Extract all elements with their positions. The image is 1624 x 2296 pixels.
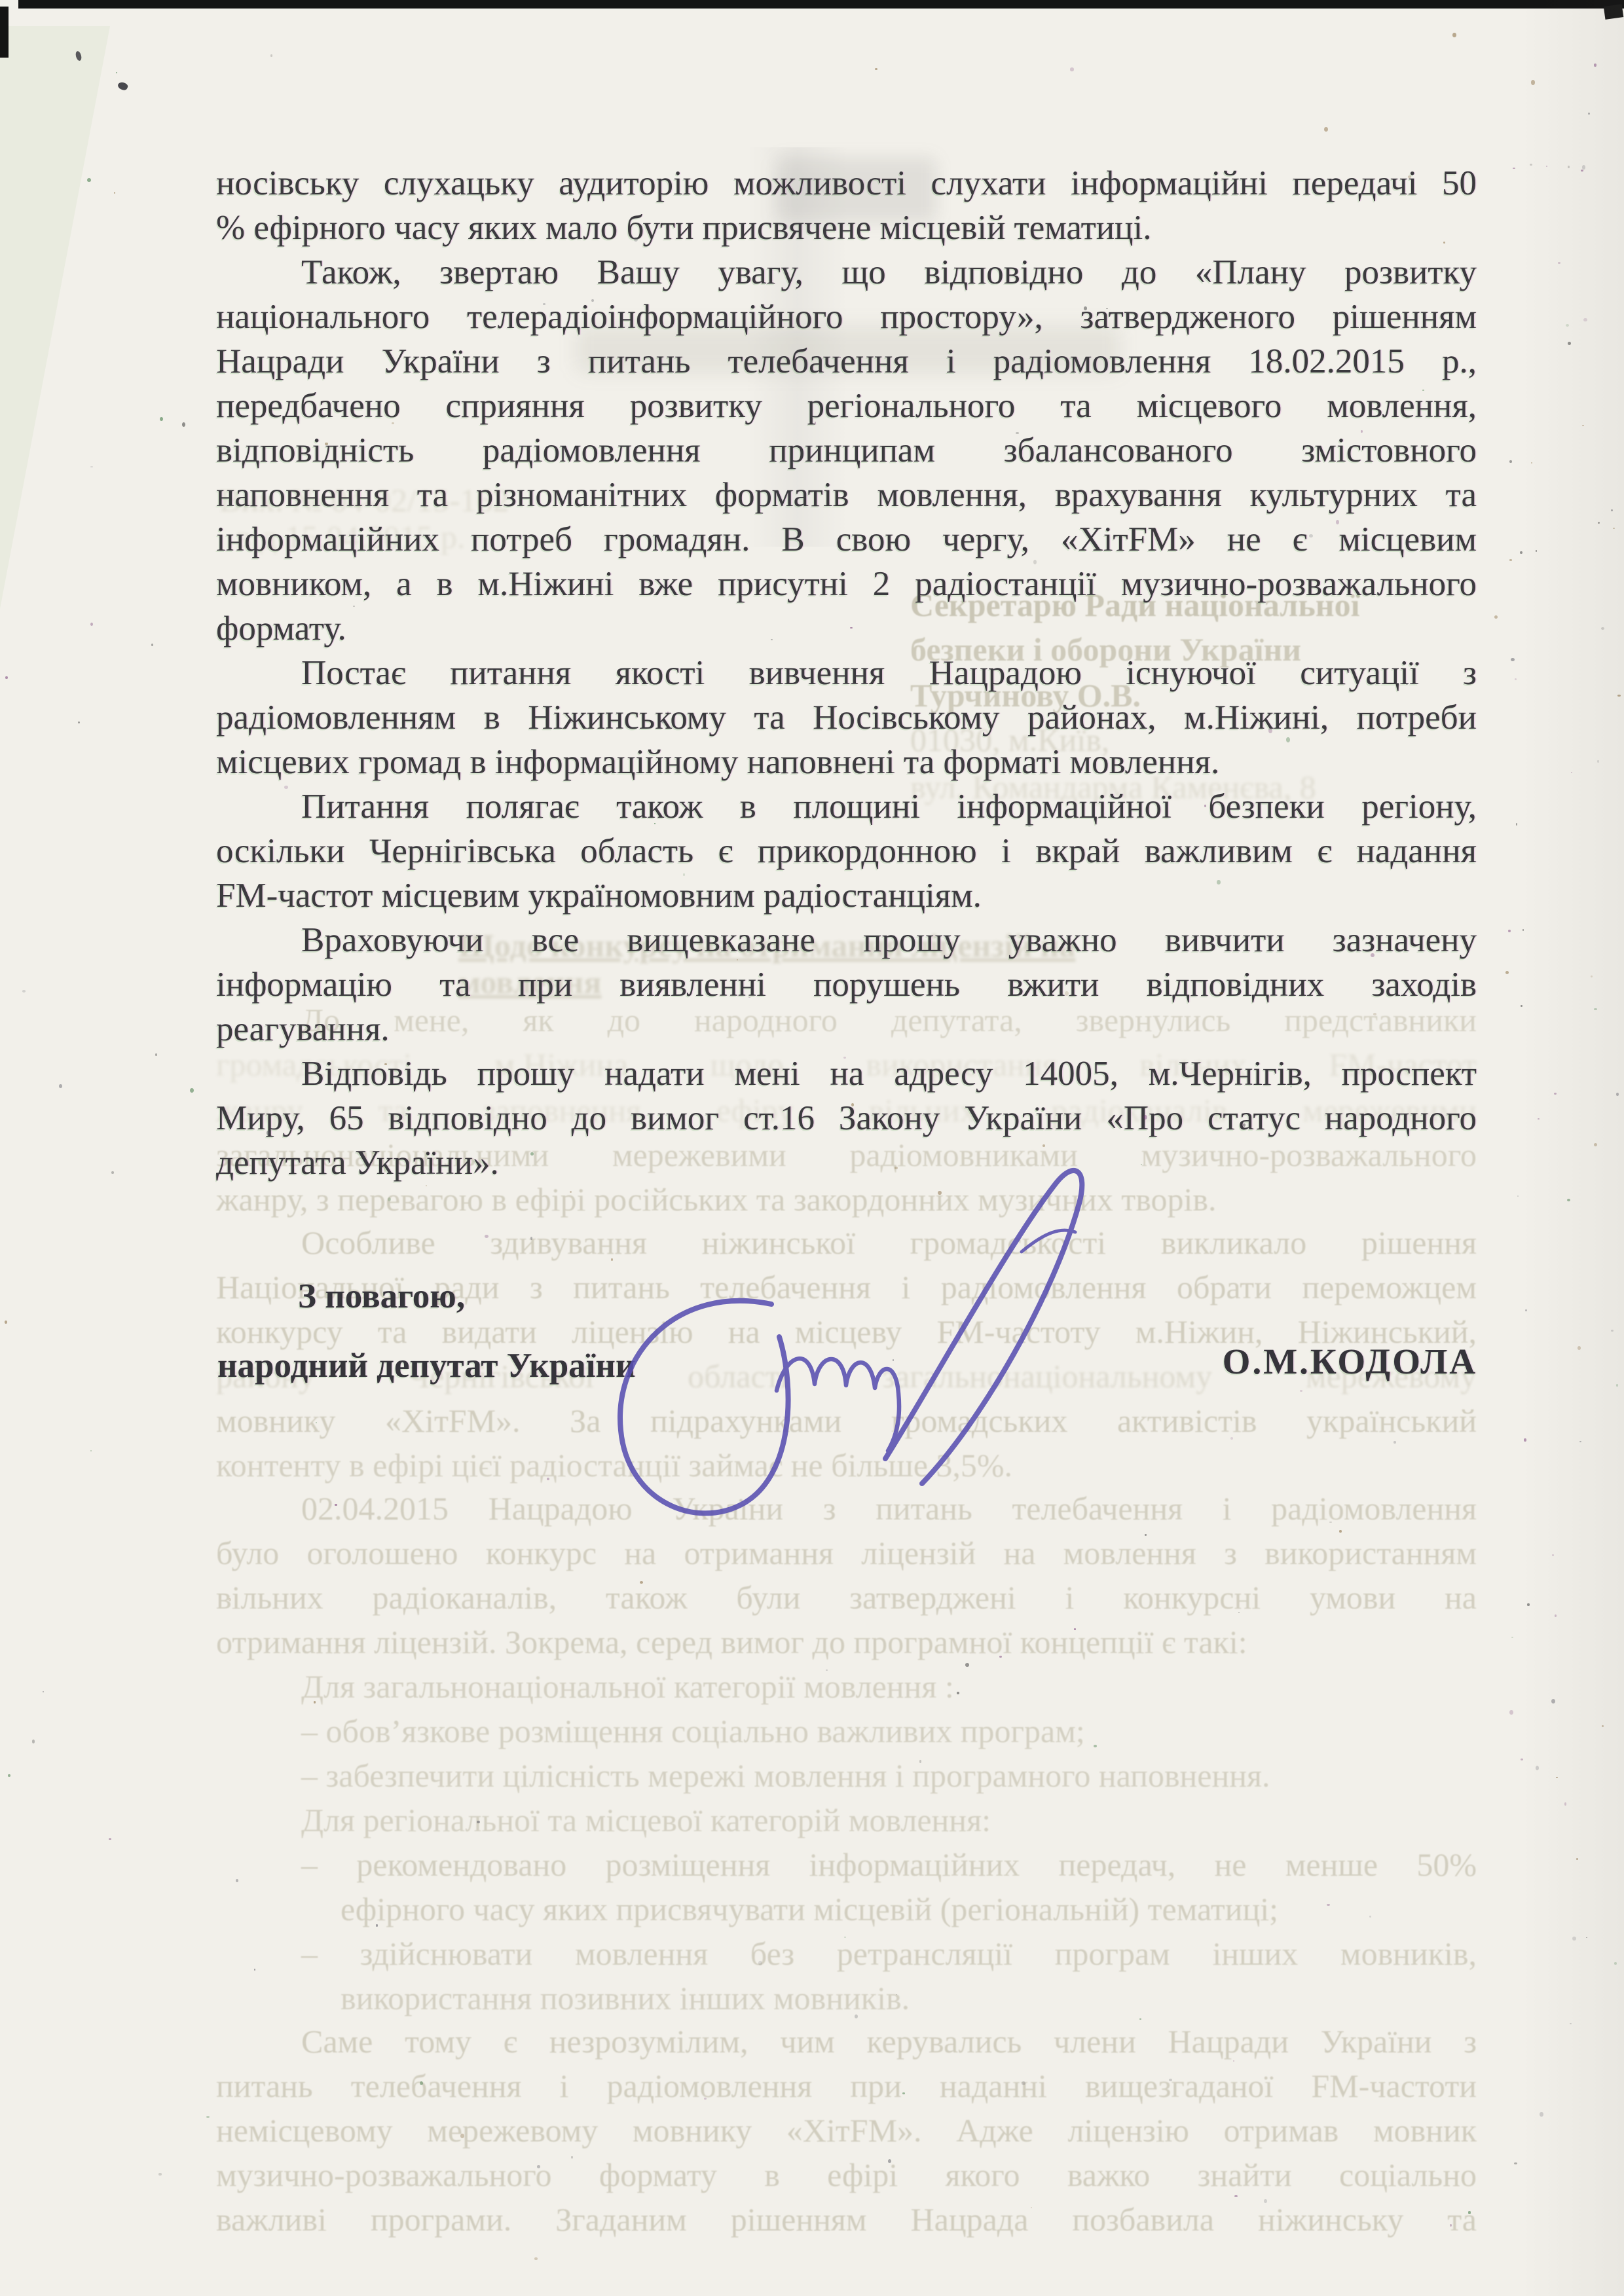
dust-speck (1509, 559, 1511, 562)
dust-speck (815, 422, 817, 424)
dust-speck (295, 634, 297, 636)
body-line: інформаційних потреб громадян. В свою че… (216, 520, 1477, 559)
dust-speck (1513, 168, 1515, 169)
bleed-through-line: Саме тому є незрозумілим, чим керувались… (301, 2023, 1477, 2060)
body-line: інформацію та при виявленні порушень вжи… (216, 965, 1477, 1004)
dust-speck (78, 721, 80, 723)
dust-speck (1509, 460, 1511, 463)
dust-speck (1290, 1085, 1292, 1088)
dust-speck (236, 1879, 238, 1882)
bleed-through-line: ефірного часу яких присвячувати місцевій… (341, 1891, 1477, 1927)
dust-speck (1022, 2081, 1025, 2085)
dust-speck (111, 1171, 114, 1174)
signer-name: О.М.КОДОЛА (1179, 1341, 1477, 1382)
dust-speck (1566, 324, 1569, 327)
dust-speck (784, 847, 786, 848)
bleed-through-line: Особливе здивування ніжинської громадськ… (301, 1224, 1477, 1261)
dust-speck (1422, 390, 1424, 391)
bleed-through-line: Для регіональної та місцевої категорій м… (301, 1802, 1218, 1838)
bleed-through-line: Для загальнонаціональної категорії мовле… (301, 1668, 1218, 1705)
dust-speck (999, 1656, 1002, 1658)
dust-speck (411, 1128, 415, 1131)
dust-speck (1505, 971, 1509, 974)
dust-speck (1309, 534, 1312, 538)
bleed-through-line: контенту в ефірі цієї радіостанції займа… (216, 1447, 1139, 1484)
dust-speck (895, 1167, 897, 1170)
body-line: Відповідь прошу надати мені на адресу 14… (216, 1054, 1477, 1093)
body-line: депутата України». (216, 1143, 1477, 1182)
dust-speck (1617, 695, 1621, 697)
bleed-through-line: музично-розважального формату в ефірі як… (216, 2157, 1477, 2193)
dust-speck (206, 2116, 210, 2118)
dust-speck (919, 1760, 921, 1762)
bleed-through-line: жанру, з перевагою в ефірі російських та… (216, 1181, 1329, 1218)
bleed-through-line: – обов’язкове розміщення соціально важли… (301, 1713, 1283, 1749)
dust-speck (1525, 1309, 1526, 1311)
bleed-through-line: – забезпечити цілісність мережі мовлення… (301, 1757, 1477, 1794)
dust-speck (1568, 342, 1571, 345)
dust-speck (683, 873, 685, 876)
body-line: національного телерадіоінформаційного пр… (216, 297, 1477, 337)
bleed-through-line: немісцевому мережевому мовнику «ХітFM». … (216, 2112, 1477, 2149)
dust-speck (1329, 1522, 1332, 1523)
body-line: Питання полягає також в площині інформац… (216, 787, 1477, 826)
dust-speck (1408, 175, 1411, 178)
dust-speck (5, 676, 8, 679)
dust-speck (1524, 1438, 1527, 1442)
dust-speck (160, 417, 163, 421)
dust-speck (190, 1088, 194, 1093)
dust-speck (1556, 1777, 1558, 1778)
dust-speck (1520, 551, 1522, 554)
dust-speck (1536, 1766, 1539, 1770)
dust-speck (87, 178, 91, 182)
dust-speck (1511, 1637, 1513, 1638)
dust-speck (1514, 2162, 1517, 2164)
body-line: мовником, а в м.Ніжині вже присутні 2 ра… (216, 564, 1477, 604)
bleed-through-line: мовнику «ХітFM». За підрахунками громадс… (216, 1402, 1477, 1439)
dust-speck (1204, 805, 1207, 807)
dust-speck (1369, 1916, 1372, 1918)
dust-speck (1578, 1346, 1581, 1350)
dust-speck (1576, 1858, 1578, 1860)
bleed-through-line: 02.04.2015 Нацрадою України з питань тел… (301, 1490, 1477, 1527)
bleed-through-line: вільних радіоканалів, також були затверд… (216, 1579, 1477, 1616)
signer-role: народний депутат України (217, 1346, 635, 1385)
dust-speck (1509, 1710, 1513, 1715)
scanner-background-wedge (0, 26, 118, 609)
dust-speck (1106, 308, 1108, 310)
dust-speck (1522, 929, 1524, 930)
dust-speck (22, 990, 26, 993)
dust-speck (270, 54, 272, 56)
dust-speck (325, 443, 328, 446)
body-line: оскільки Чернігівська область є прикордо… (216, 831, 1477, 871)
body-line: наповнення та різноманітних форматів мов… (216, 475, 1477, 515)
dust-speck (1517, 1195, 1519, 1197)
dust-speck (460, 2134, 464, 2138)
dust-speck (1371, 953, 1375, 957)
dust-speck (1217, 880, 1221, 884)
body-line: передбачено сприяння розвитку регіональн… (216, 386, 1477, 426)
dust-speck (5, 1321, 7, 1324)
dust-speck (1594, 1008, 1596, 1011)
dust-speck (1601, 627, 1604, 630)
dust-speck (1233, 2060, 1235, 2062)
dust-speck (109, 1838, 111, 1840)
bleed-through-line: – здійснювати мовлення без ретрансляції … (301, 1935, 1477, 1972)
dust-speck (1406, 683, 1407, 685)
dust-speck (1521, 1758, 1523, 1760)
dust-speck (114, 192, 115, 194)
dust-speck (1468, 2211, 1470, 2214)
dust-speck (1540, 2112, 1543, 2117)
dust-speck (485, 1235, 489, 1238)
dust-speck (1452, 33, 1456, 37)
body-line: формату. (216, 609, 1477, 648)
scan-artifact-ink-blob (117, 81, 128, 91)
dust-speck (90, 623, 93, 626)
dust-speck (1531, 462, 1533, 464)
dust-speck (634, 237, 638, 241)
dust-speck (1598, 522, 1600, 524)
dust-speck (896, 1994, 897, 1995)
dust-speck (758, 1961, 762, 1965)
dust-speck (90, 466, 92, 467)
dust-speck (284, 786, 288, 788)
dust-speck (1070, 67, 1073, 71)
body-line: Враховуючи все вищевказане прошу уважно … (216, 920, 1477, 960)
body-line: Миру, 65 відповідно до вимог ст.16 Закон… (216, 1099, 1477, 1138)
dust-speck (965, 1663, 969, 1666)
dust-speck (1139, 2018, 1141, 2020)
dust-speck (1268, 728, 1272, 733)
dust-speck (1570, 2023, 1572, 2025)
dust-speck (229, 1598, 231, 1601)
dust-speck (1583, 318, 1587, 321)
dust-speck (1307, 667, 1308, 669)
dust-speck (640, 1581, 643, 1584)
body-line: Також, звертаю Вашу увагу, що відповідно… (216, 253, 1477, 292)
dust-speck (1027, 823, 1031, 827)
dust-speck (43, 1691, 44, 1692)
dust-speck (534, 2257, 538, 2260)
dust-speck (1450, 2224, 1452, 2227)
body-line: місцевих громад в інформаційному наповне… (216, 742, 1477, 782)
body-line: реагування. (216, 1010, 1477, 1049)
dust-speck (1230, 1437, 1233, 1440)
dust-speck (1508, 930, 1511, 932)
bleed-through-line: важливі програми. Згаданим рішенням Нацр… (216, 2201, 1477, 2238)
dust-speck (353, 606, 356, 608)
dust-speck (1594, 64, 1596, 66)
dust-speck (547, 1478, 549, 1480)
dust-speck (1511, 658, 1515, 661)
body-line: радіомовленням в Ніжинському та Носівськ… (216, 698, 1477, 737)
dust-speck (59, 1084, 62, 1087)
closing-salutation: З повагою, (298, 1277, 465, 1316)
dust-speck (704, 2098, 707, 2100)
bleed-through-line: – рекомендовано розміщення інформаційних… (301, 1846, 1477, 1883)
dust-speck (543, 303, 545, 305)
dust-speck (1611, 1330, 1614, 1332)
dust-speck (1219, 992, 1223, 994)
scan-artifact-left-sliver (0, 7, 9, 58)
dust-speck (254, 1969, 255, 1971)
dust-speck (1324, 127, 1327, 132)
bleed-through-line: отримання ліцензій. Зокрема, серед вимог… (216, 1624, 1477, 1660)
dust-speck (1515, 678, 1517, 680)
dust-speck (158, 2173, 161, 2176)
dust-speck (1494, 615, 1498, 619)
dust-speck (1530, 164, 1532, 166)
dust-speck (957, 1692, 959, 1694)
bleed-through-line: використання позивних інших мовників. (341, 1980, 1126, 2016)
dust-speck (1286, 737, 1290, 742)
dust-speck (1582, 165, 1585, 169)
dust-speck (1443, 242, 1445, 244)
body-line: Нацради України з питань телебачення і р… (216, 342, 1477, 381)
dust-speck (875, 68, 877, 70)
body-line: носівську слухацьку аудиторію можливості… (216, 164, 1477, 203)
dust-speck (8, 1774, 10, 1776)
dust-speck (376, 1924, 378, 1926)
dust-speck (151, 644, 154, 646)
dust-speck (1031, 2207, 1032, 2208)
dust-speck (335, 1504, 337, 1505)
dust-speck (90, 1450, 92, 1451)
dust-speck (392, 422, 394, 424)
dust-speck (1084, 306, 1087, 310)
body-line: Постає питання якості вивчення Нацрадою … (216, 653, 1477, 693)
body-line: % ефірного часу яких мало бути присвячен… (216, 208, 1477, 247)
scan-artifact-top-strip (18, 0, 1624, 9)
dust-speck (1094, 1745, 1097, 1747)
bleed-through-line: питань телебачення і радіомовлення при н… (216, 2068, 1477, 2104)
dust-speck (182, 422, 185, 427)
dust-speck (32, 1740, 35, 1743)
bleed-through-line: було оголошено конкурс на отримання ліце… (216, 1535, 1477, 1571)
dust-speck (1558, 262, 1560, 264)
dust-speck (155, 1053, 157, 1056)
dust-speck (1145, 1534, 1147, 1536)
scanner-right-shade (1519, 0, 1624, 2296)
dust-speck (855, 2014, 858, 2018)
dust-speck (1393, 1441, 1395, 1444)
dust-speck (654, 823, 655, 824)
dust-speck (1516, 823, 1518, 826)
dust-speck (1169, 2079, 1173, 2081)
dust-speck (537, 2165, 540, 2168)
dust-speck (384, 1063, 387, 1065)
dust-speck (314, 1701, 316, 1704)
dust-speck (1043, 1144, 1045, 1147)
dust-speck (1234, 2195, 1238, 2198)
scanned-letter-page: Вих. № 04-02/15-162від 15.04.2015 р.Секр… (0, 0, 1624, 2296)
body-line: відповідність радіомовлення принципам зб… (216, 431, 1477, 470)
dust-speck (1339, 1530, 1342, 1533)
dust-speck (1594, 1143, 1597, 1146)
dust-speck (116, 72, 118, 73)
dust-speck (1143, 1115, 1147, 1120)
dust-speck (1597, 760, 1599, 762)
dust-speck (1264, 2199, 1266, 2203)
body-line: FM-частот місцевим україномовним радіост… (216, 876, 1477, 915)
dust-speck (1527, 1603, 1529, 1607)
